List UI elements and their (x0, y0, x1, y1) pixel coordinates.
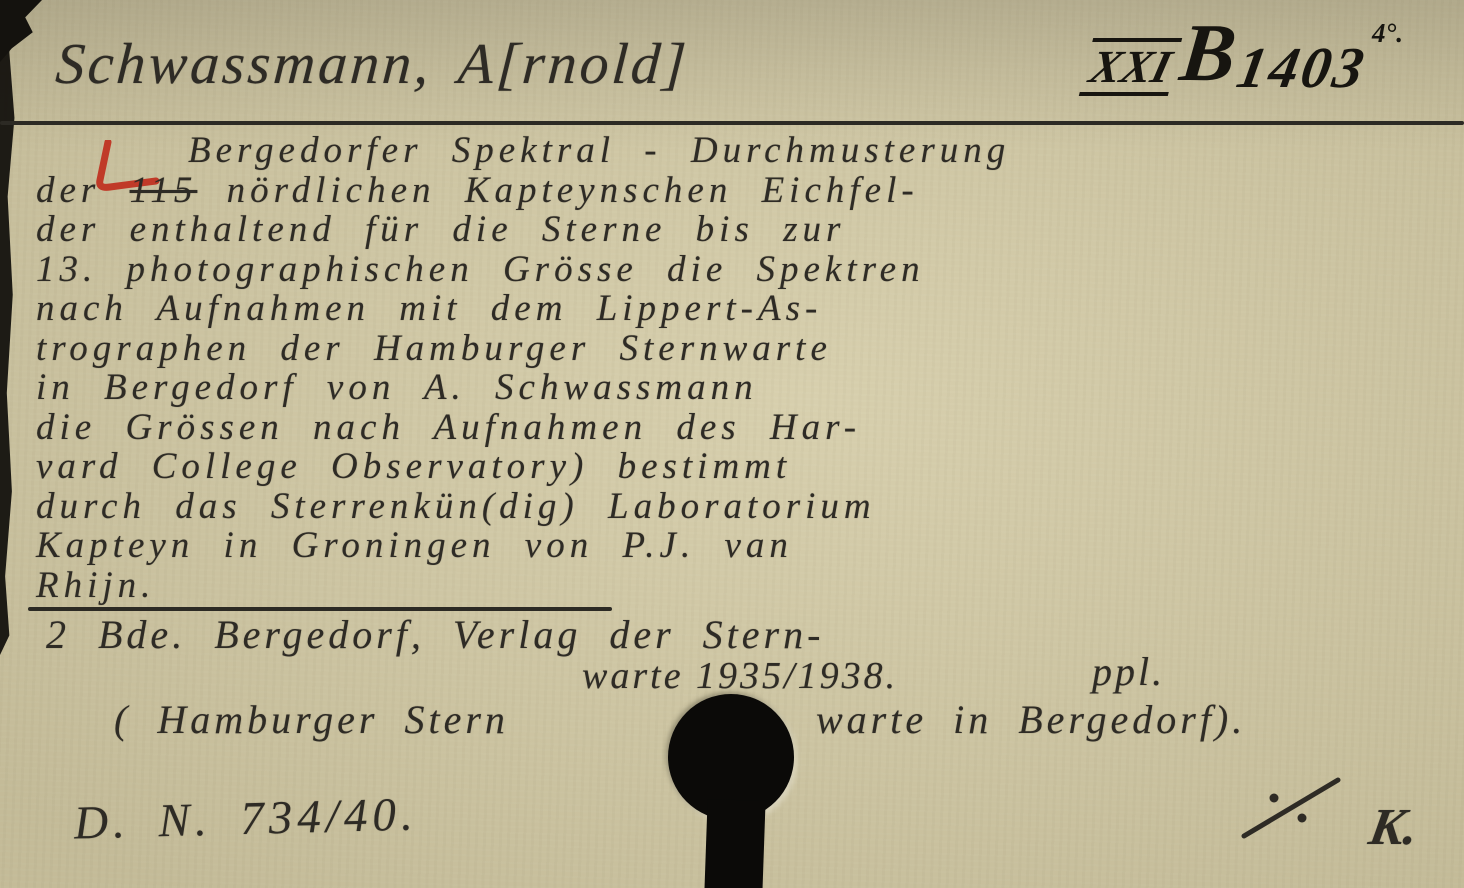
imprint-line-2: warte 1935/1938. (582, 654, 898, 698)
body-line-12: Rhijn. (36, 566, 1456, 606)
shelfmark-letter: B (1177, 16, 1239, 90)
imprint-line-3-right: warte in Bergedorf). (816, 696, 1246, 743)
binding-note: ppl. (1092, 648, 1165, 695)
imprint-line-3-left: ( Hamburger Stern (114, 696, 509, 743)
body-line-3: der enthaltend für die Sterne bis zur (36, 210, 1456, 250)
body-line-10: durch das Sterrenkün(dig) Laboratorium (36, 487, 1456, 527)
body-line-1: Bergedorfer Spektral - Durchmusterung (36, 131, 1456, 171)
body-line-8: die Grössen nach Aufnahmen des Har- (36, 408, 1456, 448)
body-line-6: trographen der Hamburger Sternwarte (36, 329, 1456, 369)
check-slash-mark-icon (1236, 772, 1348, 844)
header-rule (0, 121, 1464, 125)
author-heading: Schwassmann, A[rnold] (54, 30, 691, 97)
body-line-2-prefix: der (36, 170, 130, 211)
body-line-4: 13. photographischen Grösse die Spektren (36, 250, 1456, 290)
scan-edge-left (0, 0, 17, 655)
body-line-2-rest: nördlichen Kapteynschen Eichfel- (197, 170, 918, 211)
scan-edge-top-left-corner (0, 0, 42, 62)
imprint-line-1: 2 Bde. Bergedorf, Verlag der Stern- (46, 611, 824, 658)
body-line-2: der 115 nördlichen Kapteynschen Eichfel- (36, 171, 1456, 211)
body-line-7: in Bergedorf von A. Schwassmann (36, 368, 1456, 408)
body-line-9: vard College Observatory) bestimmt (36, 447, 1456, 487)
accession-number: D. N. 734/40. (73, 788, 418, 851)
librarian-initials: K. (1365, 798, 1423, 857)
body-line-5: nach Aufnahmen mit dem Lippert-As- (36, 289, 1456, 329)
shelfmark-number: 1403 (1232, 34, 1372, 101)
body-line-11: Kapteyn in Groningen von P.J. van (36, 526, 1456, 566)
shelfmark-roman: XXI (1079, 38, 1183, 96)
title-body: Bergedorfer Spektral - Durchmusterung de… (36, 131, 1456, 605)
hole-punch-slot (704, 799, 765, 888)
struck-number: 115 (130, 170, 198, 211)
shelfmark: XXI B 1403 4°. (1086, 16, 1403, 101)
shelfmark-format: 4°. (1372, 18, 1403, 49)
